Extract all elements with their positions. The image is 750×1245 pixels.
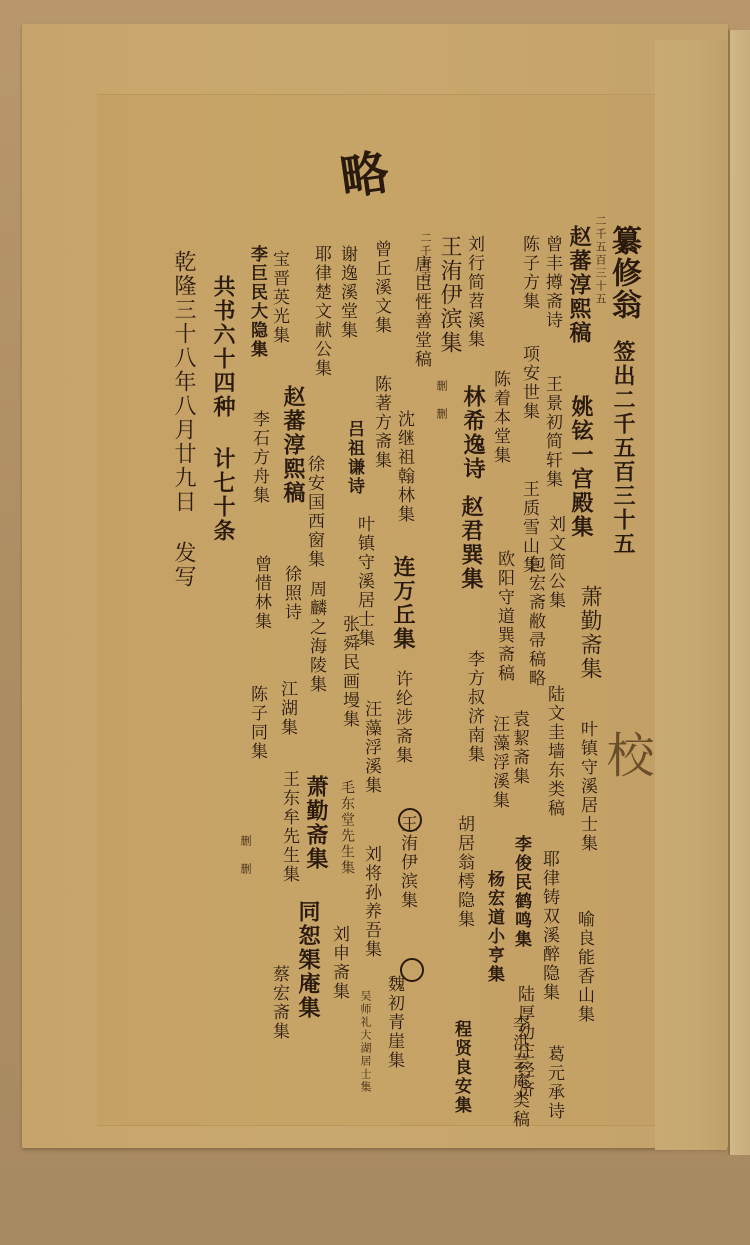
- column-entry: 汪藻浮溪集: [490, 715, 507, 810]
- column-entry: 连万丘集: [392, 555, 414, 651]
- column-entry: 耶律铸双溪醉隐集: [540, 850, 557, 1002]
- column-entry: 曾惜林集: [252, 555, 269, 631]
- column-entry: 吴师礼大湖居士集: [360, 990, 371, 1094]
- column-entry: 程贤良安集: [452, 1020, 469, 1115]
- deletion-note: 删 删: [436, 380, 447, 421]
- column-volume-number: 二千五百三十五: [595, 215, 606, 306]
- column-entry: 姚铉一宫殿集: [570, 395, 592, 539]
- column-entry: 陆文圭墙东类稿: [545, 685, 562, 818]
- column-entry: 毛东堂先生集: [340, 780, 354, 876]
- column-entry: 张舜民画墁集: [340, 615, 357, 729]
- column-entry: 耶律楚文献公集: [312, 245, 329, 378]
- column-entry: 同恕榘庵集: [297, 900, 319, 1020]
- column-entry: 王洧伊滨集: [438, 235, 460, 355]
- column-entry: 宝晋英光集: [270, 250, 287, 345]
- column-entry: 李石方舟集: [250, 410, 267, 505]
- column-entry: 林希逸诗: [462, 385, 484, 481]
- column-entry: 赵蕃淳熙稿: [282, 385, 304, 505]
- column-entry: 汪藻浮溪集: [362, 700, 379, 795]
- heading-title: 纂修翁: [608, 225, 638, 321]
- column-entry: 王东牟先生集: [280, 770, 297, 884]
- summary-line: 共书六十四种 计七十条: [212, 275, 234, 543]
- column-entry: 陈子同集: [248, 685, 265, 761]
- column-entry: 陈子方集: [520, 235, 537, 311]
- column-entry: 欧阳守道巽斋稿: [495, 550, 512, 683]
- column-entry: 叶镇守溪居士集: [578, 720, 595, 853]
- column-entry: 徐照诗: [282, 565, 299, 622]
- circle-mark: [400, 958, 424, 982]
- adjacent-page-edge: [730, 30, 750, 1155]
- column-entry: 周麟之海陵集: [307, 580, 324, 694]
- column-entry: 江湖集: [278, 680, 295, 737]
- column-entry: 蔡宏斋集: [270, 965, 287, 1041]
- column-entry: 萧勤斋集: [578, 585, 600, 681]
- circle-mark: [398, 808, 422, 832]
- column-entry: 曾丰撙斋诗: [543, 235, 560, 330]
- column-entry: 胡居翁樗隐集: [455, 815, 472, 929]
- column-entry: 魏初青崖集: [385, 975, 402, 1070]
- deletion-note: 删 删: [240, 835, 251, 876]
- column-entry: 刘将孙养吾集: [362, 845, 379, 959]
- column-entry: 萧勤斋集: [305, 775, 327, 871]
- column-entry: 谢逸溪堂集: [338, 245, 355, 340]
- column-entry: 刘行简苕溪集: [465, 235, 482, 349]
- column-entry: 徐安国西窗集: [305, 455, 322, 569]
- proof-mark: 校: [602, 730, 650, 780]
- heading-tail: 签出二千五百三十五: [612, 340, 634, 556]
- column-entry: 刘申斋集: [330, 925, 347, 1001]
- column-entry: 曾丘溪文集: [372, 240, 389, 335]
- column-entry: 唐臣性善堂稿: [412, 255, 429, 369]
- column-entry: 陈着本堂集: [491, 370, 508, 465]
- heading-text: 纂修翁: [606, 225, 641, 321]
- top-flourish-mark: 略: [333, 147, 387, 203]
- date-line: 乾隆三十八年八月廿九日 发写: [172, 250, 194, 589]
- column-entry: 项安世集: [520, 345, 537, 421]
- column-entry: 包宏斋敝帚稿略: [526, 555, 543, 688]
- column-entry: 李方叔济南集: [465, 650, 482, 764]
- column-entry: 陆厚幼庄经济: [515, 985, 532, 1099]
- column-entry: 沈继祖翰林集: [395, 410, 412, 524]
- column-entry: 李俊民鹤鸣集: [512, 835, 529, 949]
- column-entry: 王景初简轩集: [543, 375, 560, 489]
- column-entry: 许纶涉斋集: [393, 670, 410, 765]
- column-entry: 刘文简公集: [546, 515, 563, 610]
- column-entry: 葛元承诗: [545, 1045, 562, 1121]
- column-entry: 陈著方斋集: [372, 375, 389, 470]
- column-entry: 吕祖谦诗: [345, 420, 362, 496]
- column-entry: 杨宏道小亨集: [485, 870, 502, 984]
- column-entry: 喻良能香山集: [575, 910, 592, 1024]
- column-entry: 赵君巽集: [460, 495, 482, 591]
- column-entry: 赵蕃淳熙稿: [568, 225, 590, 345]
- binding-strip: [655, 40, 727, 1150]
- column-entry: 李巨民大隐集: [248, 245, 265, 359]
- column-entry: 袁絜斋集: [510, 710, 527, 786]
